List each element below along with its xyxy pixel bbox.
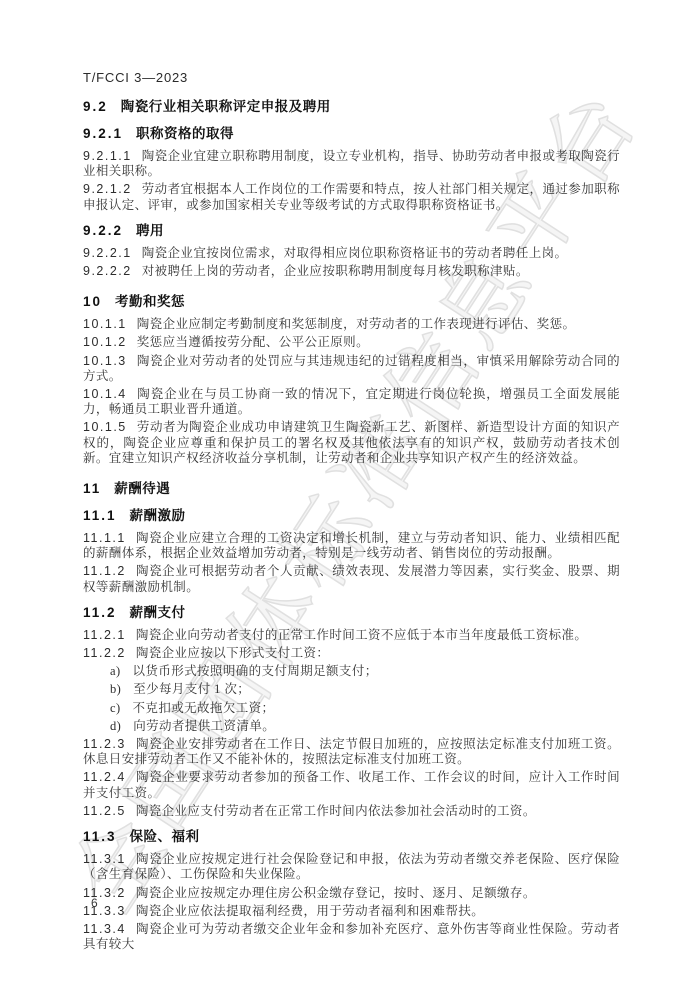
clause-paragraph: 11.3.4陶瓷企业可为劳动者缴交企业年金和参加补充医疗、意外伤害等商业性保险。… — [83, 922, 620, 952]
clause-number: 10.1.1 — [83, 317, 127, 331]
list-item: b)至少每月支付 1 次； — [83, 682, 620, 697]
clause-number: 11.3.3 — [83, 904, 126, 918]
clause-paragraph: 11.3.1陶瓷企业应按规定进行社会保险登记和申报，依法为劳动者缴交养老保险、医… — [83, 852, 620, 882]
section-heading: 9.2陶瓷行业相关职称评定申报及聘用 — [83, 98, 620, 116]
clause-text: 陶瓷企业可为劳动者缴交企业年金和参加补充医疗、意外伤害等商业性保险。劳动者具有较… — [83, 922, 620, 951]
clause-number: b) — [110, 682, 121, 696]
clause-paragraph: 11.3.3陶瓷企业应依法提取福利经费，用于劳动者福利和困难帮扶。 — [83, 904, 620, 919]
clause-number: 9.2.2.1 — [83, 246, 132, 260]
clause-text: 薪酬激励 — [130, 508, 186, 523]
clause-paragraph: 10.1.4陶瓷企业在与员工协商一致的情况下，宜定期进行岗位轮换，增强员工全面发… — [83, 387, 620, 417]
section-heading: 9.2.1职称资格的取得 — [83, 125, 620, 143]
clause-number: 9.2.1.1 — [83, 149, 132, 163]
clause-text: 陶瓷企业应依法提取福利经费，用于劳动者福利和困难帮扶。 — [136, 904, 484, 918]
clause-text: 陶瓷企业宜按岗位需求，对取得相应岗位职称资格证书的劳动者聘任上岗。 — [142, 246, 568, 260]
document-body: 9.2陶瓷行业相关职称评定申报及聘用9.2.1职称资格的取得9.2.1.1陶瓷企… — [83, 98, 620, 952]
clause-text: 劳动者为陶瓷企业成功申请建筑卫生陶瓷新工艺、新图样、新造型设计方面的知识产权的，… — [83, 420, 620, 464]
clause-number: 9.2 — [83, 99, 108, 114]
clause-number: 9.2.1 — [83, 126, 123, 141]
clause-number: 10.1.3 — [83, 354, 127, 368]
section-heading: 11.2薪酬支付 — [83, 604, 620, 622]
clause-text: 陶瓷企业应制定考勤制度和奖惩制度，对劳动者的工作表现进行评估、奖惩。 — [137, 317, 576, 331]
clause-text: 陶瓷企业应支付劳动者在正常工作时间内依法参加社会活动时的工资。 — [136, 804, 536, 818]
clause-text: 向劳动者提供工资清单。 — [133, 719, 275, 733]
clause-paragraph: 9.2.2.2对被聘任上岗的劳动者，企业应按职称聘用制度每月核发职称津贴。 — [83, 264, 620, 279]
clause-text: 陶瓷企业应按规定办理住房公积金缴存登记，按时、逐月、足额缴存。 — [136, 886, 536, 900]
clause-paragraph: 11.2.5陶瓷企业应支付劳动者在正常工作时间内依法参加社会活动时的工资。 — [83, 804, 620, 819]
clause-text: 陶瓷行业相关职称评定申报及聘用 — [121, 99, 331, 114]
clause-number: 11.1.2 — [83, 564, 126, 578]
clause-number: 9.2.2 — [83, 223, 123, 238]
clause-number: 11.1.1 — [83, 531, 126, 545]
clause-text: 陶瓷企业安排劳动者在工作日、法定节假日加班的，应按照法定标准支付加班工资。休息日… — [83, 737, 620, 766]
clause-text: 不克扣或无故拖欠工资； — [133, 701, 275, 715]
section-heading: 11.1薪酬激励 — [83, 507, 620, 525]
clause-text: 以货币形式按照明确的支付周期足额支付； — [133, 664, 378, 678]
clause-text: 至少每月支付 1 次； — [133, 682, 250, 696]
clause-text: 陶瓷企业要求劳动者参加的预备工作、收尾工作、工作会议的时间，应计入工作时间并支付… — [83, 770, 620, 799]
section-heading: 10考勤和奖惩 — [83, 293, 620, 311]
clause-number: 11.2.2 — [83, 646, 126, 660]
clause-number: 9.2.1.2 — [83, 182, 132, 196]
clause-paragraph: 11.2.1陶瓷企业向劳动者支付的正常工作时间工资不应低于本市当年度最低工资标准… — [83, 628, 620, 643]
clause-number: c) — [110, 701, 121, 715]
clause-paragraph: 9.2.1.2劳动者宜根据本人工作岗位的工作需要和特点，按人社部门相关规定，通过… — [83, 182, 620, 212]
clause-text: 对被聘任上岗的劳动者，企业应按职称聘用制度每月核发职称津贴。 — [142, 264, 529, 278]
clause-paragraph: 10.1.1陶瓷企业应制定考勤制度和奖惩制度，对劳动者的工作表现进行评估、奖惩。 — [83, 317, 620, 332]
clause-number: 11.2.5 — [83, 804, 126, 818]
clause-number: 11.2.3 — [83, 737, 126, 751]
clause-text: 薪酬待遇 — [114, 481, 170, 496]
clause-number: 11.2.4 — [83, 770, 126, 784]
clause-paragraph: 10.1.2奖惩应当遵循按劳分配、公平公正原则。 — [83, 335, 620, 350]
page-content: T/FCCI 3—2023 9.2陶瓷行业相关职称评定申报及聘用9.2.1职称资… — [83, 70, 620, 955]
clause-number: 10.1.5 — [83, 420, 127, 434]
clause-number: 11.1 — [83, 508, 117, 523]
clause-paragraph: 11.2.4陶瓷企业要求劳动者参加的预备工作、收尾工作、工作会议的时间，应计入工… — [83, 770, 620, 800]
clause-text: 陶瓷企业应建立合理的工资决定和增长机制，建立与劳动者知识、能力、业绩相匹配的薪酬… — [83, 531, 620, 560]
clause-text: 聘用 — [136, 223, 164, 238]
clause-text: 陶瓷企业向劳动者支付的正常工作时间工资不应低于本市当年度最低工资标准。 — [136, 628, 588, 642]
clause-text: 陶瓷企业应按以下形式支付工资： — [136, 646, 330, 660]
clause-text: 陶瓷企业应按规定进行社会保险登记和申报，依法为劳动者缴交养老保险、医疗保险（含生… — [83, 852, 620, 881]
clause-number: 10.1.4 — [83, 387, 127, 401]
clause-number: 11.2 — [83, 605, 117, 620]
clause-text: 职称资格的取得 — [136, 126, 234, 141]
list-item: a)以货币形式按照明确的支付周期足额支付； — [83, 664, 620, 679]
clause-paragraph: 10.1.5劳动者为陶瓷企业成功申请建筑卫生陶瓷新工艺、新图样、新造型设计方面的… — [83, 420, 620, 466]
clause-paragraph: 11.2.3陶瓷企业安排劳动者在工作日、法定节假日加班的，应按照法定标准支付加班… — [83, 737, 620, 767]
page-number: 6 — [91, 896, 98, 910]
clause-number: 11.3.4 — [83, 922, 126, 936]
clause-text: 考勤和奖惩 — [115, 294, 185, 309]
list-item: d)向劳动者提供工资清单。 — [83, 719, 620, 734]
clause-text: 保险、福利 — [130, 829, 200, 844]
standard-number-header: T/FCCI 3—2023 — [83, 70, 620, 85]
clause-number: d) — [110, 719, 121, 733]
clause-text: 陶瓷企业在与员工协商一致的情况下，宜定期进行岗位轮换，增强员工全面发展能力，畅通… — [83, 387, 620, 416]
clause-paragraph: 10.1.3陶瓷企业对劳动者的处罚应与其违规违纪的过错程度相当，审慎采用解除劳动… — [83, 354, 620, 384]
clause-paragraph: 11.2.2陶瓷企业应按以下形式支付工资： — [83, 646, 620, 661]
clause-number: 10 — [83, 294, 102, 309]
clause-number: a) — [110, 664, 121, 678]
clause-paragraph: 9.2.1.1陶瓷企业宜建立职称聘用制度，设立专业机构，指导、协助劳动者申报或考… — [83, 149, 620, 179]
clause-number: 11.2.1 — [83, 628, 126, 642]
section-heading: 11薪酬待遇 — [83, 480, 620, 498]
clause-text: 陶瓷企业可根据劳动者个人贡献、绩效表现、发展潜力等因素，实行奖金、股票、期权等薪… — [83, 564, 620, 593]
clause-number: 11 — [83, 481, 101, 496]
clause-paragraph: 9.2.2.1陶瓷企业宜按岗位需求，对取得相应岗位职称资格证书的劳动者聘任上岗。 — [83, 246, 620, 261]
clause-text: 陶瓷企业对劳动者的处罚应与其违规违纪的过错程度相当，审慎采用解除劳动合同的方式。 — [83, 354, 620, 383]
clause-text: 奖惩应当遵循按劳分配、公平公正原则。 — [137, 335, 369, 349]
clause-number: 11.3 — [83, 829, 117, 844]
section-heading: 11.3保险、福利 — [83, 828, 620, 846]
clause-number: 10.1.2 — [83, 335, 127, 349]
clause-number: 9.2.2.2 — [83, 264, 132, 278]
clause-paragraph: 11.1.1陶瓷企业应建立合理的工资决定和增长机制，建立与劳动者知识、能力、业绩… — [83, 531, 620, 561]
clause-number: 11.3.1 — [83, 852, 126, 866]
clause-text: 劳动者宜根据本人工作岗位的工作需要和特点，按人社部门相关规定，通过参加职称申报认… — [83, 182, 620, 211]
clause-paragraph: 11.1.2陶瓷企业可根据劳动者个人贡献、绩效表现、发展潜力等因素，实行奖金、股… — [83, 564, 620, 594]
clause-number: 11.3.2 — [83, 886, 126, 900]
section-heading: 9.2.2聘用 — [83, 222, 620, 240]
document-page: 全国团体标准信息平台 T/FCCI 3—2023 9.2陶瓷行业相关职称评定申报… — [0, 0, 700, 989]
clause-text: 薪酬支付 — [130, 605, 186, 620]
clause-text: 陶瓷企业宜建立职称聘用制度，设立专业机构，指导、协助劳动者申报或考取陶瓷行业相关… — [83, 149, 620, 178]
list-item: c)不克扣或无故拖欠工资； — [83, 701, 620, 716]
clause-paragraph: 11.3.2陶瓷企业应按规定办理住房公积金缴存登记，按时、逐月、足额缴存。 — [83, 886, 620, 901]
